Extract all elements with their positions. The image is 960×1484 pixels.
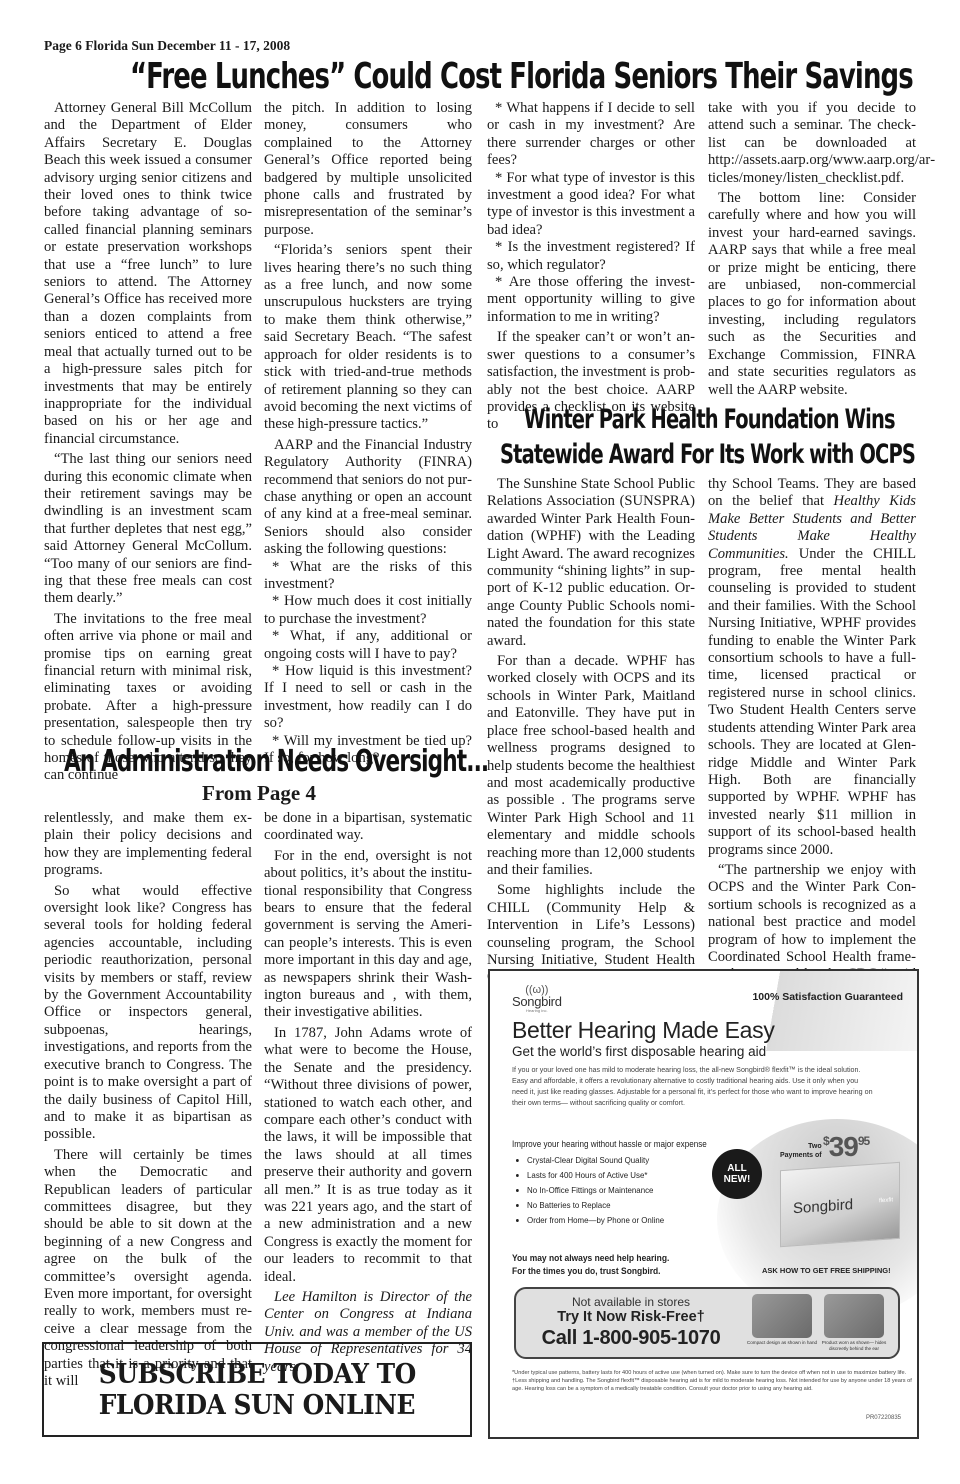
tagline-line1: You may not always need help hearing. xyxy=(512,1252,669,1265)
ad-subtitle: Get the world’s first disposable hearing… xyxy=(512,1044,766,1059)
product-box-image: Songbird flexfit xyxy=(780,1162,900,1247)
paragraph: the pitch. In addition to losing money, … xyxy=(264,100,472,239)
ad-improve-line: Improve your hearing without hassle or m… xyxy=(512,1139,707,1149)
paragraph: take with you if you decide to attend su… xyxy=(708,100,916,187)
subscribe-line-2: Florida Sun Online xyxy=(99,1390,415,1421)
hand-photo-caption: Compact design as shown in hand xyxy=(746,1340,818,1346)
paragraph: Attorney General Bill McCollum and the D… xyxy=(44,100,252,448)
songbird-logo: ((ω)) Songbird Hearing Inc. xyxy=(512,985,562,1013)
ad-body-text: If you or your loved one has mild to mod… xyxy=(512,1064,874,1108)
payments-label: Two Payments of xyxy=(780,1142,822,1160)
brand-name: Songbird xyxy=(512,995,562,1008)
price-cents: 95 xyxy=(858,1134,869,1148)
call-to-action-box[interactable]: Not available in stores Try It Now Risk-… xyxy=(514,1287,900,1359)
paragraph: For than a decade. WPHF has worked close… xyxy=(487,653,695,879)
feature-item: Order from Home—by Phone or Online xyxy=(527,1213,664,1228)
article-free-lunches-col4: take with you if you decide to attend su… xyxy=(708,100,916,399)
paragraph: thy School Teams. They are based on the … xyxy=(708,476,916,859)
question-item: * What are the risks of this invest­ment… xyxy=(264,559,472,594)
question-item: * What, if any, additional or ongo­ing c… xyxy=(264,628,472,663)
not-available-text: Not available in stores xyxy=(516,1295,746,1309)
subscribe-banner[interactable]: Subscribe Today to Florida Sun Online xyxy=(42,1342,472,1437)
article-oversight-subhead: From Page 4 xyxy=(44,781,474,806)
all-new-badge: ALLNEW! xyxy=(712,1149,762,1199)
paragraph: be done in a bipartisan, systematic coor… xyxy=(264,810,472,845)
paragraph: “Florida’s seniors spent their lives hea… xyxy=(264,242,472,433)
price: $3995 xyxy=(823,1131,869,1163)
feature-list: Crystal-Clear Digital Sound Quality Last… xyxy=(516,1153,664,1228)
payments-label-line1: Two xyxy=(780,1142,822,1151)
paragraph: The Sunshine State School Public Relatio… xyxy=(487,476,695,650)
hand-photo xyxy=(752,1294,812,1338)
songbird-advertisement[interactable]: ((ω)) Songbird Hearing Inc. 100% Satisfa… xyxy=(488,969,919,1439)
article-free-lunches-col1: Attorney General Bill McCollum and the D… xyxy=(44,100,252,785)
ear-photo-caption: Product worn as shown— hides discreetly … xyxy=(818,1340,890,1352)
payments-label-line2: Payments of xyxy=(780,1151,822,1160)
question-item: * How liquid is this investment? If I ne… xyxy=(264,663,472,733)
feature-item: Lasts for 400 Hours of Active Use* xyxy=(527,1168,664,1183)
tagline-line2: For the times you do, trust Songbird. xyxy=(512,1265,669,1278)
paragraph: “The last thing our seniors need during … xyxy=(44,451,252,608)
badge-line2: NEW! xyxy=(724,1174,751,1185)
article-winter-park-col2: thy School Teams. They are based on the … xyxy=(708,476,916,1001)
box-brand: Songbird xyxy=(793,1196,853,1217)
guarantee-text: 100% Satisfaction Guaranteed xyxy=(752,991,903,1003)
article-free-lunches-col2: the pitch. In addition to losing money, … xyxy=(264,100,472,767)
question-item: * For what type of investor is this inve… xyxy=(487,170,695,240)
paragraph: For in the end, oversight is not about p… xyxy=(264,848,472,1022)
article-winter-park-headline-line2: Statewide Award For Its Work with OCPS xyxy=(500,439,915,470)
ad-tagline: You may not always need help hearing. Fo… xyxy=(512,1252,669,1278)
ad-title: Better Hearing Made Easy xyxy=(512,1017,775,1044)
feature-item: No Batteries to Replace xyxy=(527,1198,664,1213)
ear-photo xyxy=(824,1294,884,1338)
price-currency: $ xyxy=(823,1134,829,1148)
article-oversight-headline: An Administration Needs Oversight... xyxy=(64,744,488,779)
ad-code: PR07220835 xyxy=(866,1415,901,1421)
price-dollars: 39 xyxy=(829,1131,858,1162)
paragraph: AARP and the Financial Industry Regulato… xyxy=(264,437,472,559)
question-item: * Are those offering the invest­ment opp… xyxy=(487,274,695,326)
article-winter-park-headline-line1: Winter Park Health Foundation Wins xyxy=(524,404,895,435)
free-shipping-text: ASK HOW TO GET FREE SHIPPING! xyxy=(762,1266,891,1275)
page-folio: Page 6 Florida Sun December 11 - 17, 200… xyxy=(44,38,290,54)
article-free-lunches-col3: * What happens if I decide to sell or ca… xyxy=(487,100,695,434)
subscribe-line-1: Subscribe Today to xyxy=(98,1359,415,1390)
fine-print: *Under typical use patterns, battery las… xyxy=(512,1369,912,1393)
article-oversight-col2: be done in a bipartisan, systematic coor… xyxy=(264,810,472,1376)
text-span: Under the CHILL program, free mental hea… xyxy=(708,546,916,858)
feature-item: Crystal-Clear Digital Sound Quality xyxy=(527,1153,664,1168)
box-product-name: flexfit xyxy=(879,1197,893,1204)
paragraph: So what would effective oversight look l… xyxy=(44,883,252,1144)
badge-line1: ALL xyxy=(724,1163,751,1174)
question-item: * How much does it cost initially to pur… xyxy=(264,593,472,628)
paragraph: In 1787, John Adams wrote of what were t… xyxy=(264,1025,472,1286)
paragraph: The bottom line: Consider careful­ly whe… xyxy=(708,190,916,399)
feature-item: No In-Office Fittings or Maintenance xyxy=(527,1183,664,1198)
article-oversight-col1: relentlessly, and make them ex­plain the… xyxy=(44,810,252,1390)
paragraph: relentlessly, and make them ex­plain the… xyxy=(44,810,252,880)
try-risk-free-text: Try It Now Risk-Free† xyxy=(516,1309,746,1325)
article-free-lunches-headline: “Free Lunches” Could Cost Florida Senior… xyxy=(130,56,913,97)
phone-number[interactable]: Call 1-800-905-1070 xyxy=(516,1327,746,1350)
question-item: * What happens if I decide to sell or ca… xyxy=(487,100,695,170)
question-item: * Is the investment registered? If so, w… xyxy=(487,239,695,274)
article-winter-park-col1: The Sunshine State School Public Relatio… xyxy=(487,476,695,987)
